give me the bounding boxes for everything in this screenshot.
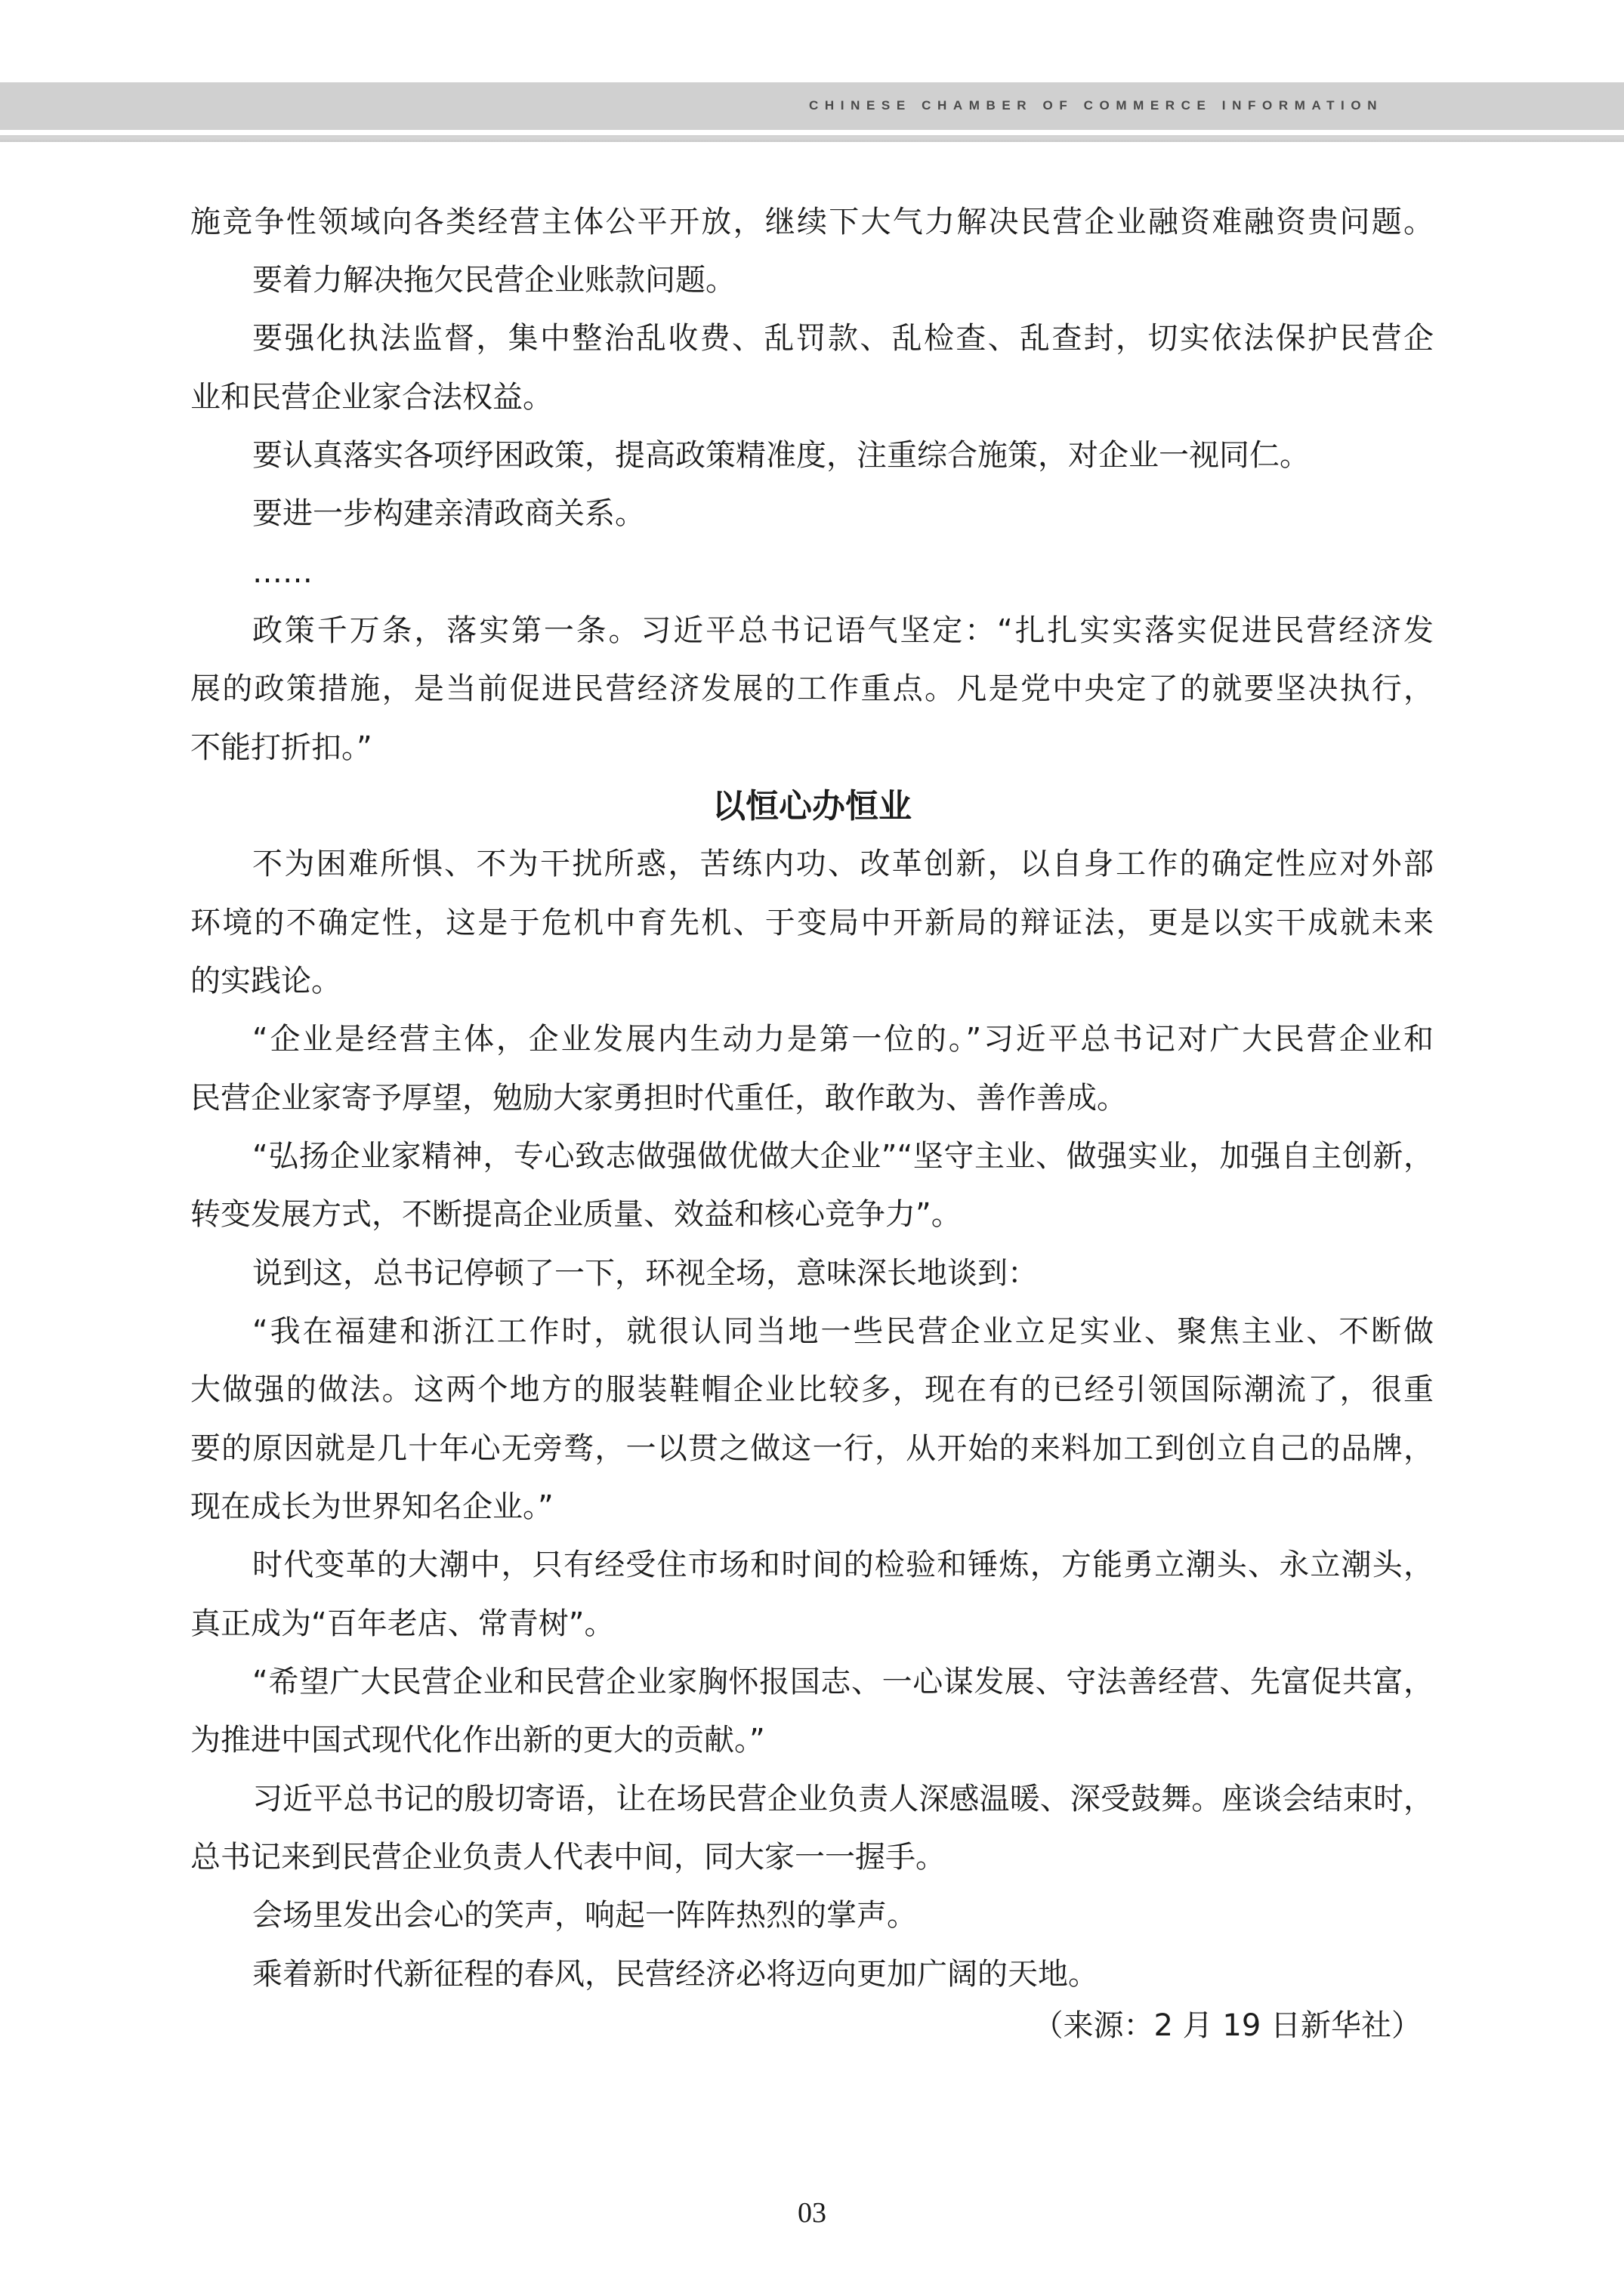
paragraph-line: “希望广大民营企业和民营企业家胸怀报国志、一心谋发展、守法善经营、先富促共富， (190, 1653, 1434, 1711)
paragraph-line: 的实践论。 (190, 952, 1434, 1011)
paragraph-line: 会场里发出会心的笑声，响起一阵阵热烈的掌声。 (190, 1887, 1434, 1945)
header-divider (0, 135, 1624, 142)
source-attribution: （来源：2 月 19 日新华社） (190, 1997, 1422, 2055)
paragraph-line: 真正成为“百年老店、常青树”。 (190, 1595, 1434, 1653)
publication-title: CHINESE CHAMBER OF COMMERCE INFORMATION (809, 97, 1383, 115)
paragraph-line: 习近平总书记的殷切寄语，让在场民营企业负责人深感温暖、深受鼓舞。座谈会结束时， (190, 1770, 1434, 1829)
paragraph-line: 说到这，总书记停顿了一下，环视全场，意味深长地谈到： (190, 1245, 1434, 1303)
paragraph-line: 现在成长为世界知名企业。” (190, 1478, 1434, 1536)
paragraph-line: “弘扬企业家精神，专心致志做强做优做大企业”“坚守主业、做强实业，加强自主创新， (190, 1128, 1434, 1186)
paragraph-line: 要认真落实各项纾困政策，提高政策精准度，注重综合施策，对企业一视同仁。 (190, 427, 1434, 485)
paragraph-line: 为推进中国式现代化作出新的更大的贡献。” (190, 1711, 1434, 1770)
paragraph-line: 环境的不确定性，这是于危机中育先机、于变局中开新局的辩证法，更是以实干成就未来 (190, 894, 1434, 952)
paragraph-line: 要的原因就是几十年心无旁骛，一以贯之做这一行，从开始的来料加工到创立自己的品牌， (190, 1420, 1434, 1478)
paragraph-line: 时代变革的大潮中，只有经受住市场和时间的检验和锤炼，方能勇立潮头、永立潮头， (190, 1536, 1434, 1594)
paragraph-line: 展的政策措施，是当前促进民营经济发展的工作重点。凡是党中央定了的就要坚决执行， (190, 660, 1434, 718)
ellipsis-line: …… (190, 544, 1434, 602)
paragraph-line: 大做强的做法。这两个地方的服装鞋帽企业比较多，现在有的已经引领国际潮流了，很重 (190, 1361, 1434, 1419)
paragraph-line: 乘着新时代新征程的春风，民营经济必将迈向更加广阔的天地。 (190, 1946, 1434, 2004)
paragraph-line: “企业是经营主体，企业发展内生动力是第一位的。”习近平总书记对广大民营企业和 (190, 1011, 1434, 1069)
paragraph-line: 政策千万条，落实第一条。习近平总书记语气坚定：“扎扎实实落实促进民营经济发 (190, 602, 1434, 660)
paragraph-line: 施竞争性领域向各类经营主体公平开放，继续下大气力解决民营企业融资难融资贵问题。 (190, 193, 1434, 252)
paragraph-line: “我在福建和浙江工作时，就很认同当地一些民营企业立足实业、聚焦主业、不断做 (190, 1303, 1434, 1361)
paragraph-line: 要着力解决拖欠民营企业账款问题。 (190, 252, 1434, 310)
page-number: 03 (0, 2194, 1624, 2232)
paragraph-line: 转变发展方式，不断提高企业质量、效益和核心竞争力”。 (190, 1186, 1434, 1244)
section-heading: 以恒心办恒业 (190, 777, 1434, 835)
paragraph-line: 要进一步构建亲清政商关系。 (190, 485, 1434, 543)
paragraph-line: 不能打折扣。” (190, 719, 1434, 777)
paragraph-line: 民营企业家寄予厚望，勉励大家勇担时代重任，敢作敢为、善作善成。 (190, 1069, 1434, 1128)
paragraph-line: 总书记来到民营企业负责人代表中间，同大家一一握手。 (190, 1829, 1434, 1887)
paragraph-line: 不为困难所惧、不为干扰所惑，苦练内功、改革创新，以自身工作的确定性应对外部 (190, 835, 1434, 893)
paragraph-line: 要强化执法监督，集中整治乱收费、乱罚款、乱检查、乱查封，切实依法保护民营企 (190, 310, 1434, 368)
paragraph-line: 业和民营企业家合法权益。 (190, 369, 1434, 427)
